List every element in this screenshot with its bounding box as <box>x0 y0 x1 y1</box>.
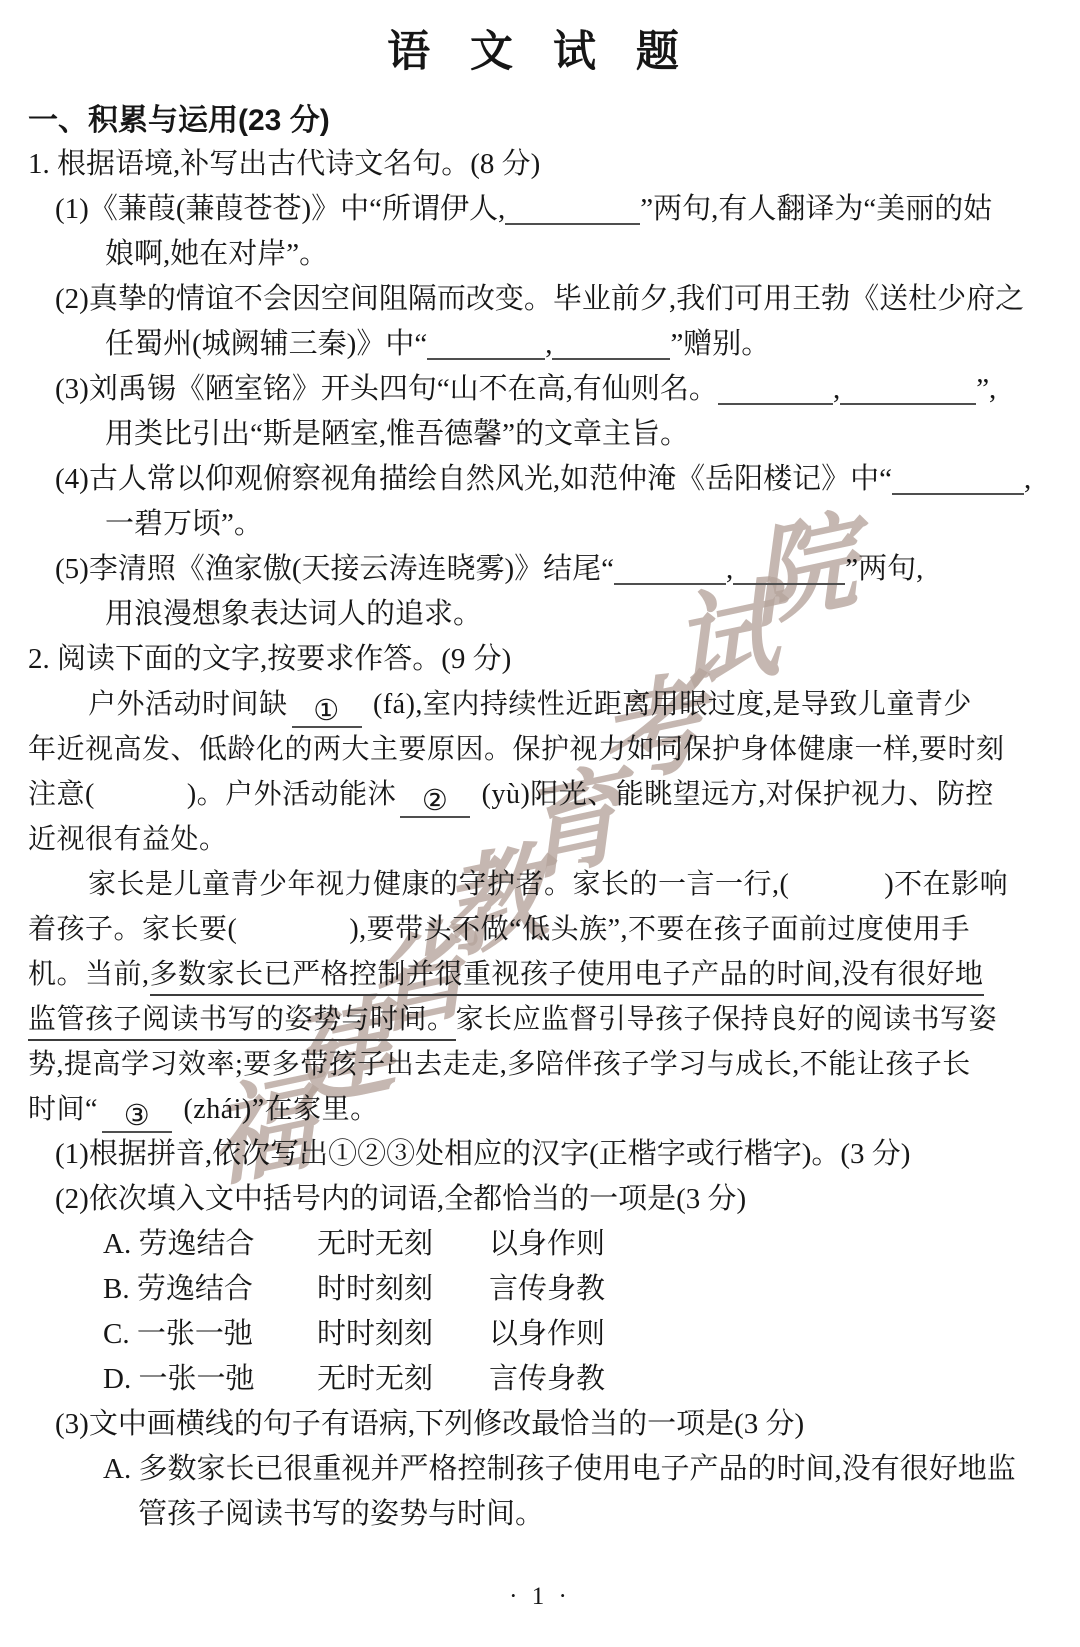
q2-sub3: (3)文中画横线的句子有语病,下列修改最恰当的一项是(3 分) <box>28 1402 1052 1447</box>
option-column: D. 一张一弛 <box>103 1357 317 1402</box>
text-segment: , <box>833 373 840 405</box>
essay-line2: 年近视高发、低龄化的两大主要原因。保护视力如同保护身体健康一样,要时刻 <box>28 727 1052 772</box>
essay-line9: 势,提高学习效率;要多带孩子出去走走,多陪伴孩子学习与成长,不能让孩子长 <box>28 1042 1052 1087</box>
answer-blank <box>614 551 726 585</box>
text-segment: 以身作则 <box>489 1228 605 1260</box>
essay-line8: 监管孩子阅读书写的姿势与时间。家长应监督引导孩子保持良好的阅读书写姿 <box>28 997 1052 1042</box>
option-column: A. 劳逸结合 <box>103 1222 317 1267</box>
answer-blank <box>718 371 833 405</box>
text-segment: (1)根据拼音,依次写出①②③处相应的汉字(正楷字或行楷字)。(3 分) <box>55 1138 910 1170</box>
q1-item2-line2: 任蜀州(城阙辅三秦)》中“,”赠别。 <box>28 322 1052 367</box>
text-segment: 娘啊,她在对岸”。 <box>105 238 328 270</box>
text-segment: (yù)阳光、能眺望远方,对保护视力、防控 <box>474 779 994 810</box>
text-segment: , <box>726 553 733 585</box>
text-segment: 时间“ <box>28 1094 98 1125</box>
answer-blank <box>840 371 976 405</box>
q2-sub2: (2)依次填入文中括号内的词语,全都恰当的一项是(3 分) <box>28 1177 1052 1222</box>
text-segment: (2)真挚的情谊不会因空间阻隔而改变。毕业前夕,我们可用王勃《送杜少府之 <box>55 283 1024 315</box>
text-segment: , <box>545 328 552 360</box>
q1-item3-line2: 用类比引出“斯是陋室,惟吾德馨”的文章主旨。 <box>28 412 1052 457</box>
text-segment: (4)古人常以仰观俯察视角描绘自然风光,如范仲淹《岳阳楼记》中“ <box>55 463 892 495</box>
q1-item1-line2: 娘啊,她在对岸”。 <box>28 232 1052 277</box>
text-segment: 势,提高学习效率;要多带孩子出去走走,多陪伴孩子学习与成长,不能让孩子长 <box>28 1049 971 1080</box>
essay-line5: 家长是儿童青少年视力健康的守护者。家长的一言一行,()不在影响 <box>28 862 1052 907</box>
q1-item1-line1: (1)《蒹葭(蒹葭苍苍)》中“所谓伊人,”两句,有人翻译为“美丽的姑 <box>28 187 1052 232</box>
q2-sub1: (1)根据拼音,依次写出①②③处相应的汉字(正楷字或行楷字)。(3 分) <box>28 1132 1052 1177</box>
text-segment: (2)依次填入文中括号内的词语,全都恰当的一项是(3 分) <box>55 1183 746 1215</box>
q2-sub2-option-b: B. 劳逸结合时时刻刻言传身教 <box>28 1267 1052 1312</box>
option-column: 无时无刻 <box>317 1222 489 1267</box>
text-segment: 1. 根据语境,补写出古代诗文名句。(8 分) <box>28 148 540 180</box>
text-segment: 近视很有益处。 <box>28 824 228 855</box>
text-segment: ”两句, <box>845 553 923 585</box>
exam-lines: 1. 根据语境,补写出古代诗文名句。(8 分)(1)《蒹葭(蒹葭苍苍)》中“所谓… <box>28 142 1052 1537</box>
text-segment: A. 多数家长已很重视并严格控制孩子使用电子产品的时间,没有很好地监 <box>103 1453 1016 1485</box>
section-heading: 一、积累与运用(23 分) <box>28 100 1052 142</box>
essay-line7: 机。当前,多数家长已严格控制并很重视孩子使用电子产品的时间,没有很好地 <box>28 952 1052 997</box>
underlined-sentence: 监管孩子阅读书写的姿势与时间。 <box>28 1004 456 1041</box>
text-segment: (zhái)”在家里。 <box>176 1094 379 1125</box>
numbered-answer-blank: ③ <box>102 1099 172 1133</box>
paren-gap <box>237 937 349 938</box>
q2-stem: 2. 阅读下面的文字,按要求作答。(9 分) <box>28 637 1052 682</box>
numbered-answer-blank: ① <box>292 694 362 728</box>
underlined-sentence: 多数家长已严格控制并很重视孩子使用电子产品的时间,没有很好地 <box>150 959 984 996</box>
text-segment: 一碧万顷”。 <box>105 508 263 540</box>
text-segment: (1)《蒹葭(蒹葭苍苍)》中“所谓伊人, <box>55 193 505 225</box>
numbered-answer-blank: ② <box>400 784 470 818</box>
answer-blank <box>552 326 670 360</box>
option-column: 时时刻刻 <box>317 1267 489 1312</box>
answer-blank <box>427 326 545 360</box>
option-column: 无时无刻 <box>317 1357 489 1402</box>
q1-stem: 1. 根据语境,补写出古代诗文名句。(8 分) <box>28 142 1052 187</box>
text-segment: 任蜀州(城阙辅三秦)》中“ <box>105 328 427 360</box>
q1-item4-line2: 一碧万顷”。 <box>28 502 1052 547</box>
essay-line4: 近视很有益处。 <box>28 817 1052 862</box>
answer-blank <box>733 551 845 585</box>
text-segment: , <box>1024 463 1031 495</box>
paren-gap <box>95 802 187 803</box>
text-segment: 着孩子。家长要( <box>28 914 237 945</box>
text-segment: 年近视高发、低龄化的两大主要原因。保护视力如同保护身体健康一样,要时刻 <box>28 734 1005 765</box>
essay-line1: 户外活动时间缺① (fá),室内持续性近距离用眼过度,是导致儿童青少 <box>28 682 1052 727</box>
text-segment: ”两句,有人翻译为“美丽的姑 <box>640 193 992 225</box>
text-segment: ”, <box>976 373 996 405</box>
page-number: · 1 · <box>28 1581 1052 1613</box>
page-title: 语 文 试 题 <box>28 0 1052 78</box>
text-segment: ),要带头不做“低头族”,不要在孩子面前过度使用手 <box>349 914 970 945</box>
q1-item5-line2: 用浪漫想象表达词人的追求。 <box>28 592 1052 637</box>
essay-line6: 着孩子。家长要(),要带头不做“低头族”,不要在孩子面前过度使用手 <box>28 907 1052 952</box>
q1-item3-line1: (3)刘禹锡《陋室铭》开头四句“山不在高,有仙则名。,”, <box>28 367 1052 412</box>
text-segment: (3)刘禹锡《陋室铭》开头四句“山不在高,有仙则名。 <box>55 373 718 405</box>
text-segment: 以身作则 <box>489 1318 605 1350</box>
q2-sub2-option-d: D. 一张一弛无时无刻言传身教 <box>28 1357 1052 1402</box>
q2-sub3-option-a-line2: 管孩子阅读书写的姿势与时间。 <box>28 1492 1052 1537</box>
text-segment: 家长是儿童青少年视力健康的守护者。家长的一言一行,( <box>88 869 789 900</box>
text-segment: (fá),室内持续性近距离用眼过度,是导致儿童青少 <box>366 689 972 720</box>
text-segment: )不在影响 <box>884 869 1008 900</box>
option-column: C. 一张一弛 <box>103 1312 317 1357</box>
exam-content: 语 文 试 题 一、积累与运用(23 分) 1. 根据语境,补写出古代诗文名句。… <box>0 0 1080 1613</box>
text-segment: 家长应监督引导孩子保持良好的阅读书写姿 <box>456 1004 998 1035</box>
text-segment: 用浪漫想象表达词人的追求。 <box>105 598 482 630</box>
text-segment: 机。当前, <box>28 959 150 990</box>
option-column: B. 劳逸结合 <box>103 1267 317 1312</box>
text-segment: (3)文中画横线的句子有语病,下列修改最恰当的一项是(3 分) <box>55 1408 804 1440</box>
answer-blank <box>505 191 640 225</box>
text-segment: 言传身教 <box>489 1363 605 1395</box>
text-segment: ”赠别。 <box>670 328 770 360</box>
text-segment: 2. 阅读下面的文字,按要求作答。(9 分) <box>28 643 511 675</box>
q2-sub3-option-a-line1: A. 多数家长已很重视并严格控制孩子使用电子产品的时间,没有很好地监 <box>28 1447 1052 1492</box>
text-segment: )。户外活动能沐 <box>187 779 396 810</box>
text-segment: 户外活动时间缺 <box>88 689 288 720</box>
option-column: 时时刻刻 <box>317 1312 489 1357</box>
q2-sub2-option-c: C. 一张一弛时时刻刻以身作则 <box>28 1312 1052 1357</box>
q2-sub2-option-a: A. 劳逸结合无时无刻以身作则 <box>28 1222 1052 1267</box>
text-segment: 注意( <box>28 779 95 810</box>
q1-item4-line1: (4)古人常以仰观俯察视角描绘自然风光,如范仲淹《岳阳楼记》中“, <box>28 457 1052 502</box>
text-segment: 管孩子阅读书写的姿势与时间。 <box>138 1498 544 1530</box>
paren-gap <box>789 892 884 893</box>
q1-item5-line1: (5)李清照《渔家傲(天接云涛连晓雾)》结尾“,”两句, <box>28 547 1052 592</box>
q1-item2-line1: (2)真挚的情谊不会因空间阻隔而改变。毕业前夕,我们可用王勃《送杜少府之 <box>28 277 1052 322</box>
text-segment: 用类比引出“斯是陋室,惟吾德馨”的文章主旨。 <box>105 418 689 450</box>
text-segment: (5)李清照《渔家傲(天接云涛连晓雾)》结尾“ <box>55 553 614 585</box>
essay-line3: 注意()。户外活动能沐② (yù)阳光、能眺望远方,对保护视力、防控 <box>28 772 1052 817</box>
essay-line10: 时间“③ (zhái)”在家里。 <box>28 1087 1052 1132</box>
text-segment: 言传身教 <box>489 1273 605 1305</box>
exam-paper: 福建省教育考试院 语 文 试 题 一、积累与运用(23 分) 1. 根据语境,补… <box>0 0 1080 1647</box>
answer-blank <box>892 461 1024 495</box>
